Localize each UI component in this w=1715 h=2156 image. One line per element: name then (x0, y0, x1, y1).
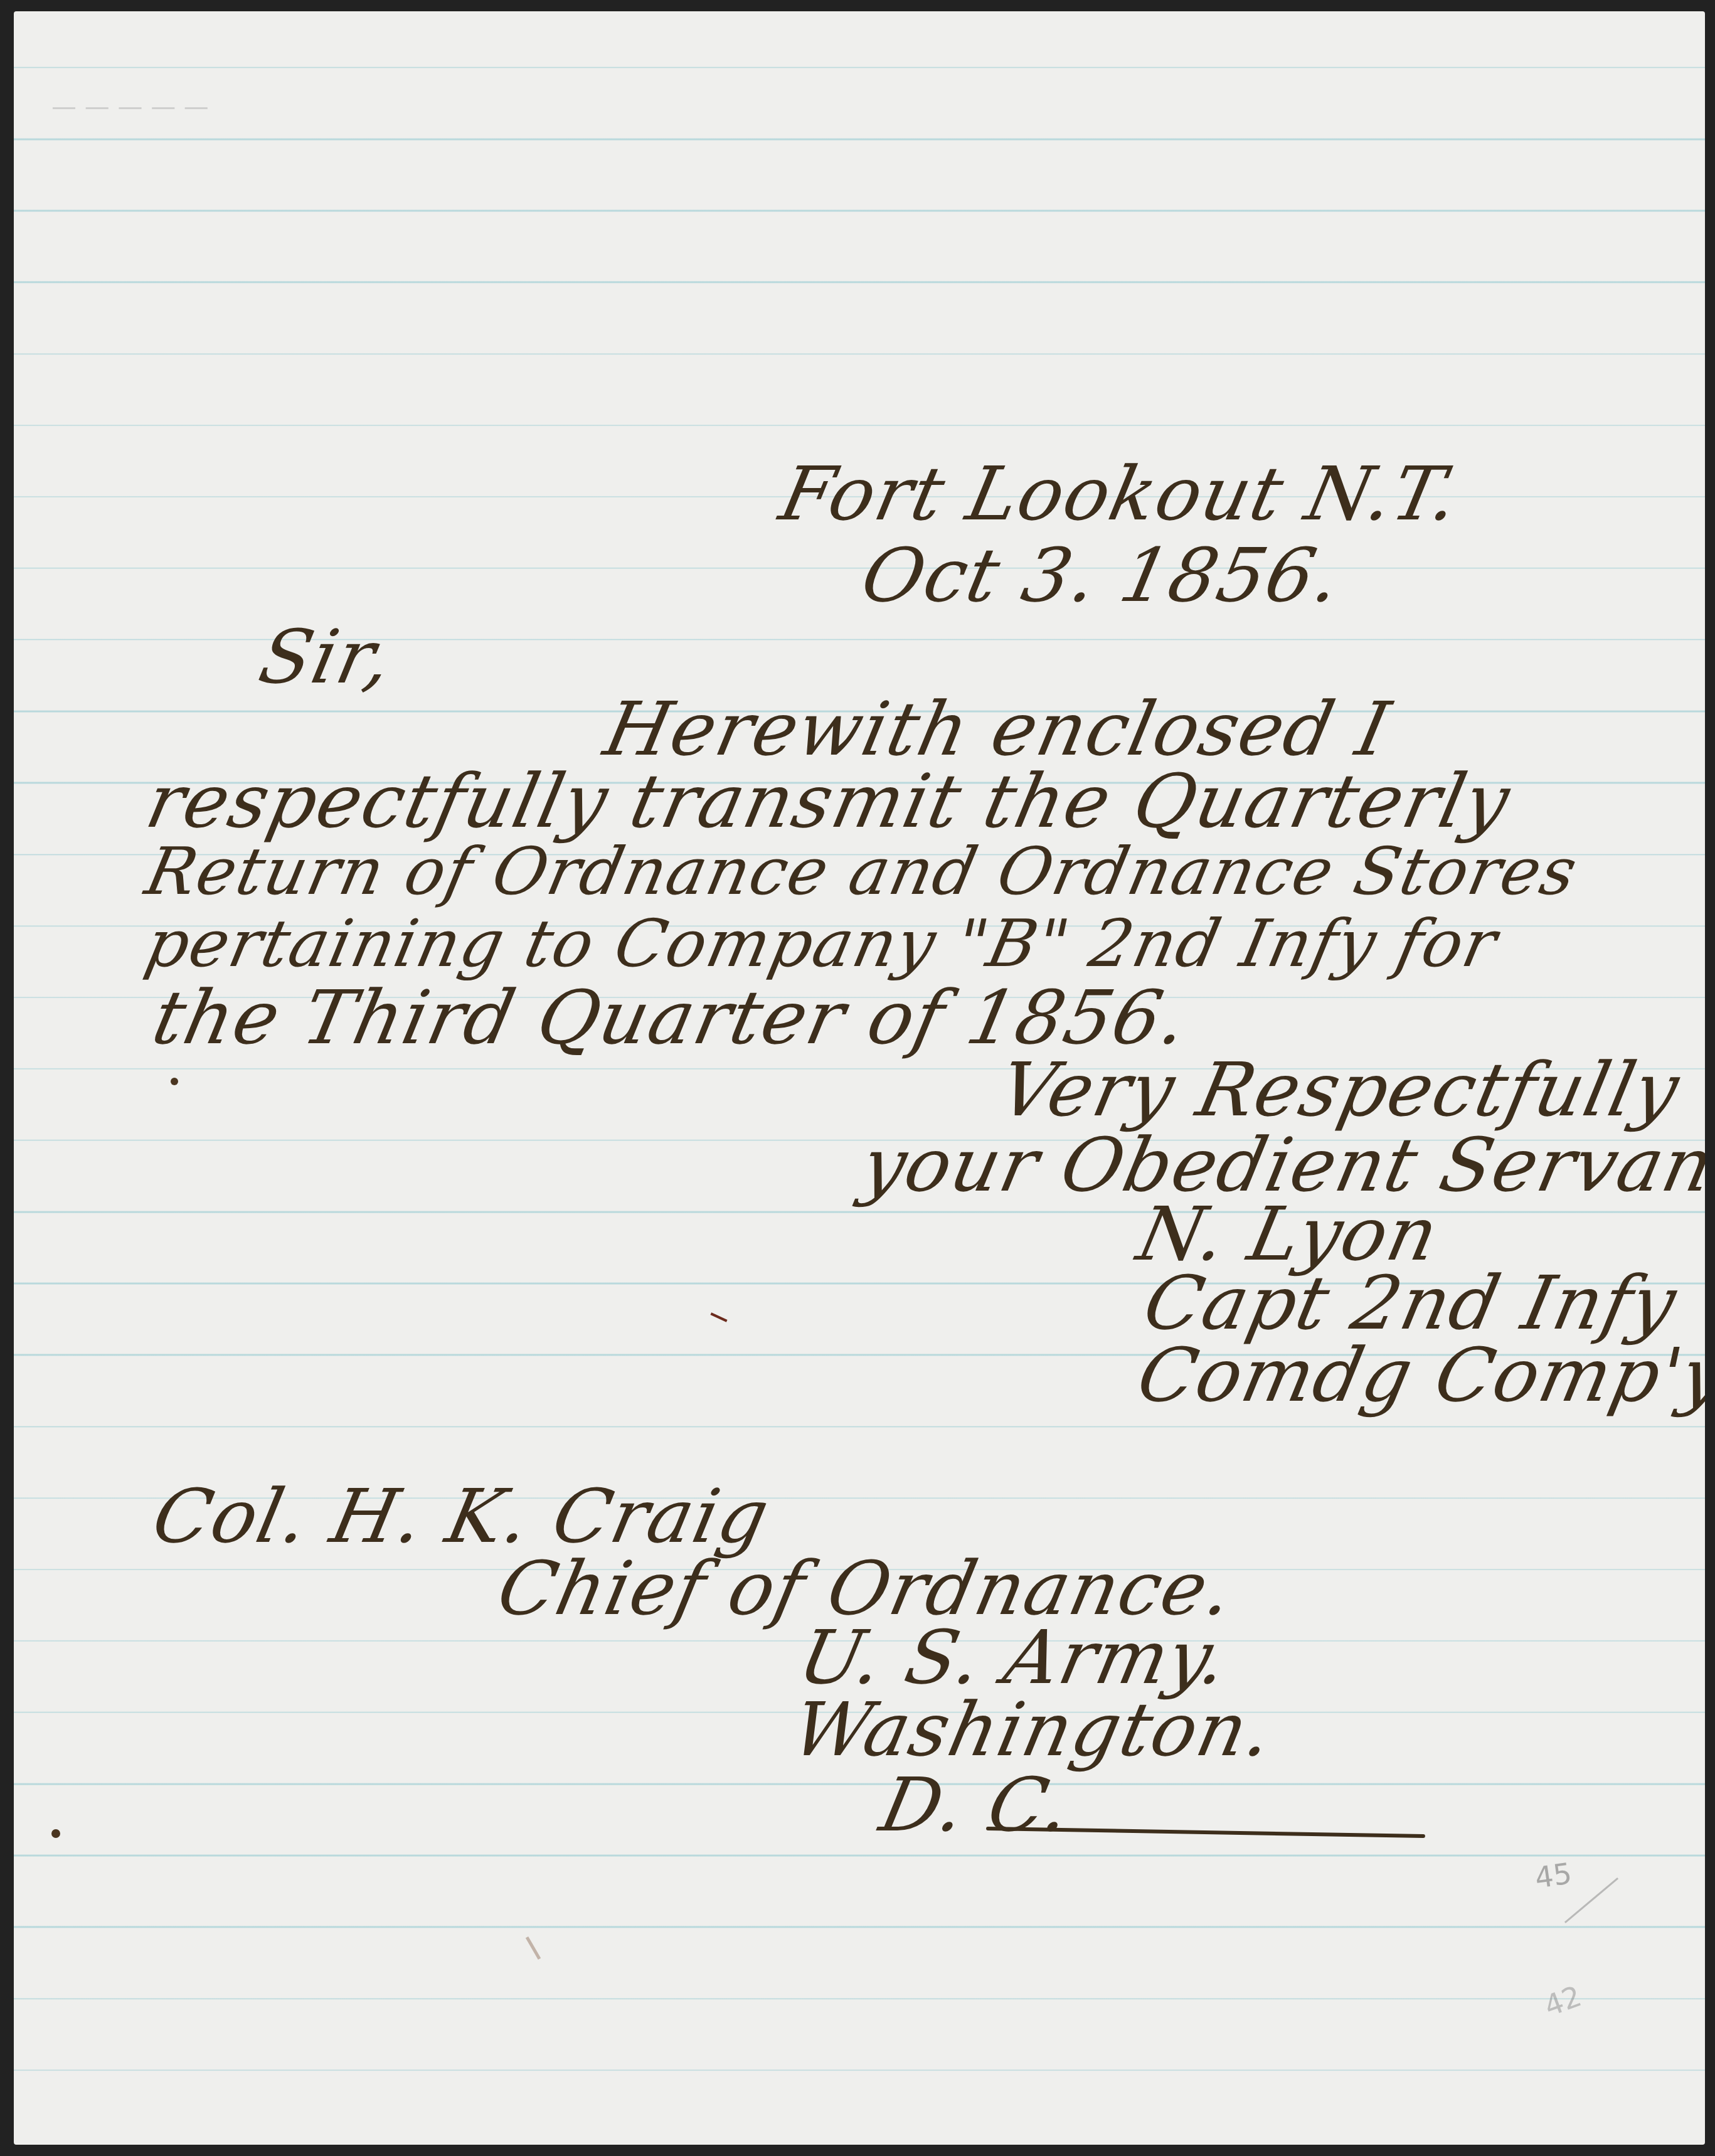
addressee-line-5: D. C. (873, 1761, 1079, 1848)
signature-title-2: Comdg Comp'y "B" (1130, 1332, 1705, 1418)
letter-page: — — — — — Fort Lookout N.T. Oct 3. 1856.… (14, 11, 1705, 2145)
ink-speck (171, 1078, 178, 1085)
body-line-2: respectfully transmit the Quarterly (139, 758, 1518, 844)
ink-speck (51, 1829, 60, 1838)
faint-mark: — — — — — (51, 93, 209, 122)
pencil-note-corner: 45 (1533, 1856, 1574, 1895)
closing-line-1: Very Respectfully (992, 1046, 1687, 1133)
letter-date: Oct 3. 1856. (854, 532, 1349, 619)
body-line-4: pertaining to Company "B" 2nd Infy for (139, 905, 1504, 982)
addressee-line-4: Washington. (785, 1686, 1282, 1773)
body-line-3: Return of Ordnance and Ordnance Stores (139, 833, 1585, 910)
salutation: Sir, (252, 613, 401, 700)
letter-place: Fort Lookout N.T. (773, 450, 1467, 537)
